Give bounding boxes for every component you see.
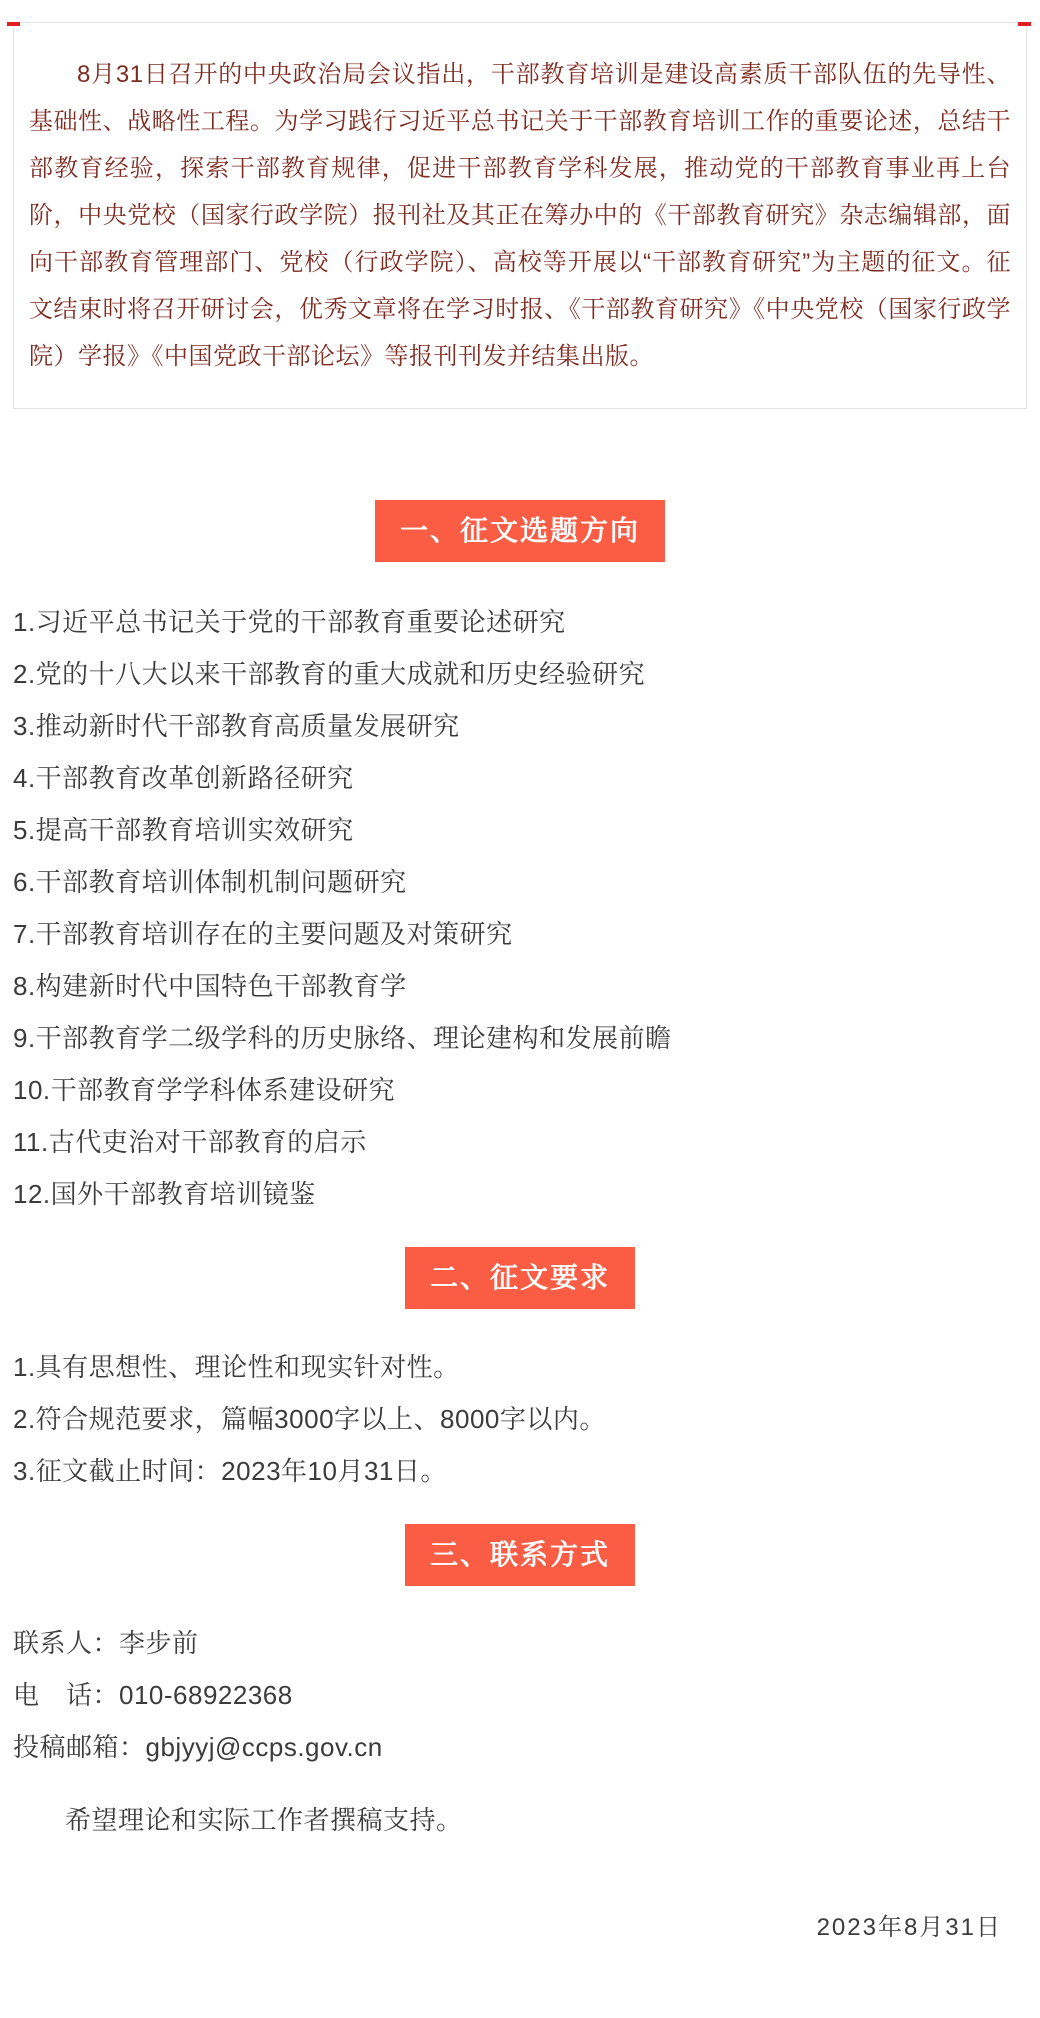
topic-item: 8.构建新时代中国特色干部教育学 [13, 972, 1027, 1000]
contact-phone: 电 话：010-68922368 [13, 1681, 1027, 1709]
topic-item: 11.古代吏治对干部教育的启示 [13, 1128, 1027, 1156]
topic-item: 9.干部教育学二级学科的历史脉络、理论建构和发展前瞻 [13, 1024, 1027, 1052]
topic-item: 6.干部教育培训体制机制问题研究 [13, 868, 1027, 896]
topic-item: 1.习近平总书记关于党的干部教育重要论述研究 [13, 608, 1027, 636]
requirement-item: 2.符合规范要求，篇幅3000字以上、8000字以内。 [13, 1405, 1027, 1433]
intro-box: 8月31日召开的中央政治局会议指出，干部教育培训是建设高素质干部队伍的先导性、基… [13, 22, 1027, 409]
section-heading-requirements: 二、征文要求 [405, 1247, 635, 1309]
article-page: 8月31日召开的中央政治局会议指出，干部教育培训是建设高素质干部队伍的先导性、基… [0, 22, 1040, 2002]
contact-list: 联系人：李步前 电 话：010-68922368 投稿邮箱：gbjyyj@ccp… [13, 1629, 1027, 1761]
top-right-red-mark [1018, 22, 1031, 26]
topic-item: 2.党的十八大以来干部教育的重大成就和历史经验研究 [13, 660, 1027, 688]
topic-item: 12.国外干部教育培训镜鉴 [13, 1180, 1027, 1208]
requirement-item: 3.征文截止时间：2023年10月31日。 [13, 1457, 1027, 1485]
topic-item: 7.干部教育培训存在的主要问题及对策研究 [13, 920, 1027, 948]
topic-item: 10.干部教育学学科体系建设研究 [13, 1076, 1027, 1104]
section-heading-topics: 一、征文选题方向 [375, 500, 665, 562]
requirements-list: 1.具有思想性、理论性和现实针对性。 2.符合规范要求，篇幅3000字以上、80… [13, 1353, 1027, 1485]
requirement-item: 1.具有思想性、理论性和现实针对性。 [13, 1353, 1027, 1381]
topic-item: 4.干部教育改革创新路径研究 [13, 764, 1027, 792]
topic-item: 5.提高干部教育培训实效研究 [13, 816, 1027, 844]
contact-person: 联系人：李步前 [13, 1629, 1027, 1657]
section-heading-contact: 三、联系方式 [405, 1524, 635, 1586]
contact-email: 投稿邮箱：gbjyyj@ccps.gov.cn [13, 1733, 1027, 1761]
topic-item: 3.推动新时代干部教育高质量发展研究 [13, 712, 1027, 740]
article-date: 2023年8月31日 [13, 1914, 1027, 1942]
topics-list: 1.习近平总书记关于党的干部教育重要论述研究 2.党的十八大以来干部教育的重大成… [13, 608, 1027, 1208]
intro-paragraph: 8月31日召开的中央政治局会议指出，干部教育培训是建设高素质干部队伍的先导性、基… [29, 51, 1011, 380]
closing-note: 希望理论和实际工作者撰稿支持。 [13, 1806, 1027, 1834]
top-left-red-mark [7, 22, 20, 26]
